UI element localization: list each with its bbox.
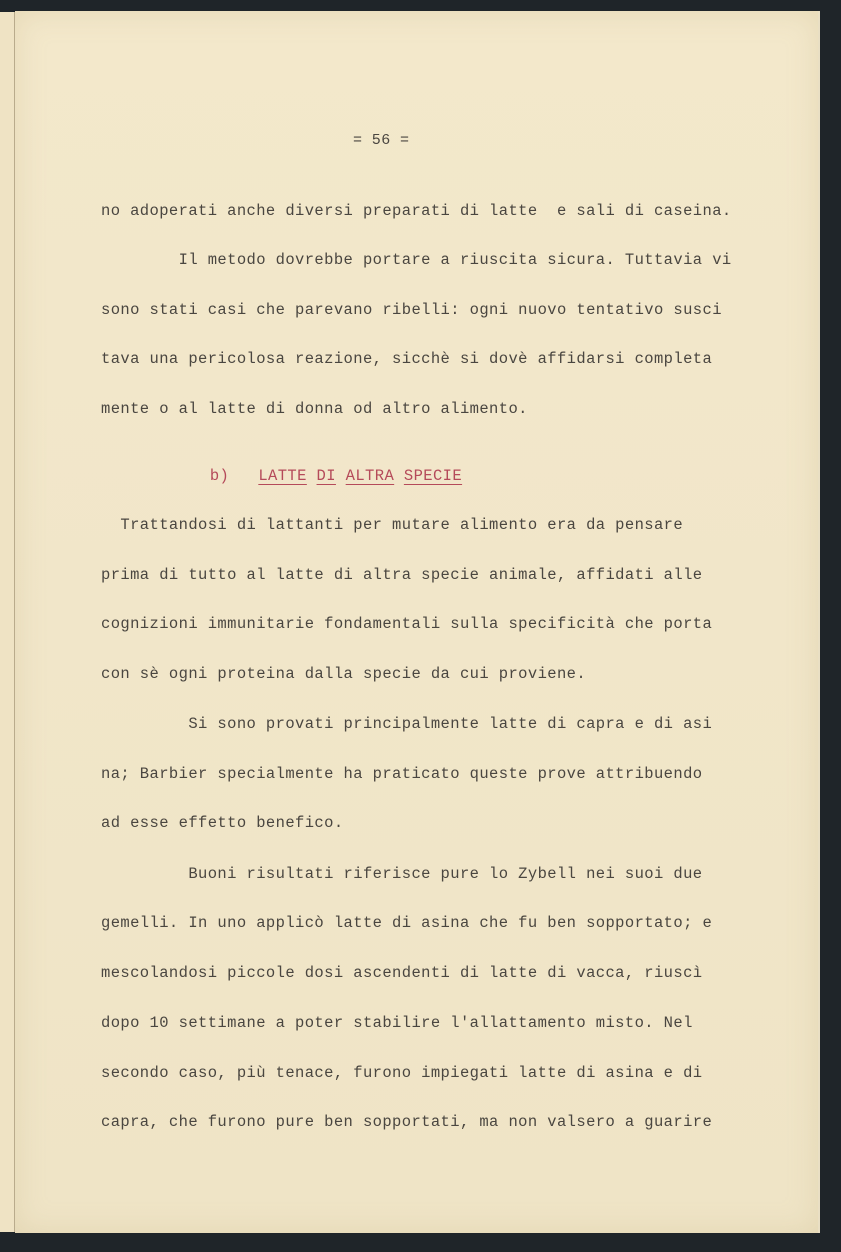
text-line-7: prima di tutto al latte di altra specie … [101, 566, 703, 584]
text-line-10: Si sono provati principalmente latte di … [101, 715, 712, 733]
page-number: = 56 = [353, 132, 409, 149]
text-line-4: tava una pericolosa reazione, sicchè si … [101, 350, 712, 368]
text-line-12: ad esse effetto benefico. [101, 814, 344, 832]
text-line-11: na; Barbier specialmente ha praticato qu… [101, 765, 703, 783]
section-label: b) [210, 467, 229, 485]
document-page: = 56 = no adoperati anche diversi prepar… [15, 11, 820, 1233]
text-line-9: con sè ogni proteina dalla specie da cui… [101, 665, 586, 683]
text-line-14: gemelli. In uno applicò latte di asina c… [101, 914, 712, 932]
text-line-18: capra, che furono pure ben sopportati, m… [101, 1113, 712, 1131]
text-line-17: secondo caso, più tenace, furono impiega… [101, 1064, 703, 1082]
heading-word-2: DI [317, 467, 336, 485]
text-line-8: cognizioni immunitarie fondamentali sull… [101, 615, 712, 633]
text-line-6: Trattandosi di lattanti per mutare alime… [101, 516, 683, 534]
text-line-3: sono stati casi che parevano ribelli: og… [101, 301, 722, 319]
heading-word-4: SPECIE [404, 467, 462, 485]
heading-word-3: ALTRA [346, 467, 395, 485]
text-line-13: Buoni risultati riferisce pure lo Zybell… [101, 865, 703, 883]
text-line-16: dopo 10 settimane a poter stabilire l'al… [101, 1014, 693, 1032]
text-line-1: no adoperati anche diversi preparati di … [101, 202, 732, 220]
text-line-5: mente o al latte di donna od altro alime… [101, 400, 528, 418]
heading-word-1: LATTE [258, 467, 307, 485]
facing-page-edge [0, 12, 15, 1232]
section-heading: b) LATTE DI ALTRA SPECIE [171, 449, 462, 503]
text-line-15: mescolandosi piccole dosi ascendenti di … [101, 964, 703, 982]
text-line-2: Il metodo dovrebbe portare a riuscita si… [101, 251, 732, 269]
